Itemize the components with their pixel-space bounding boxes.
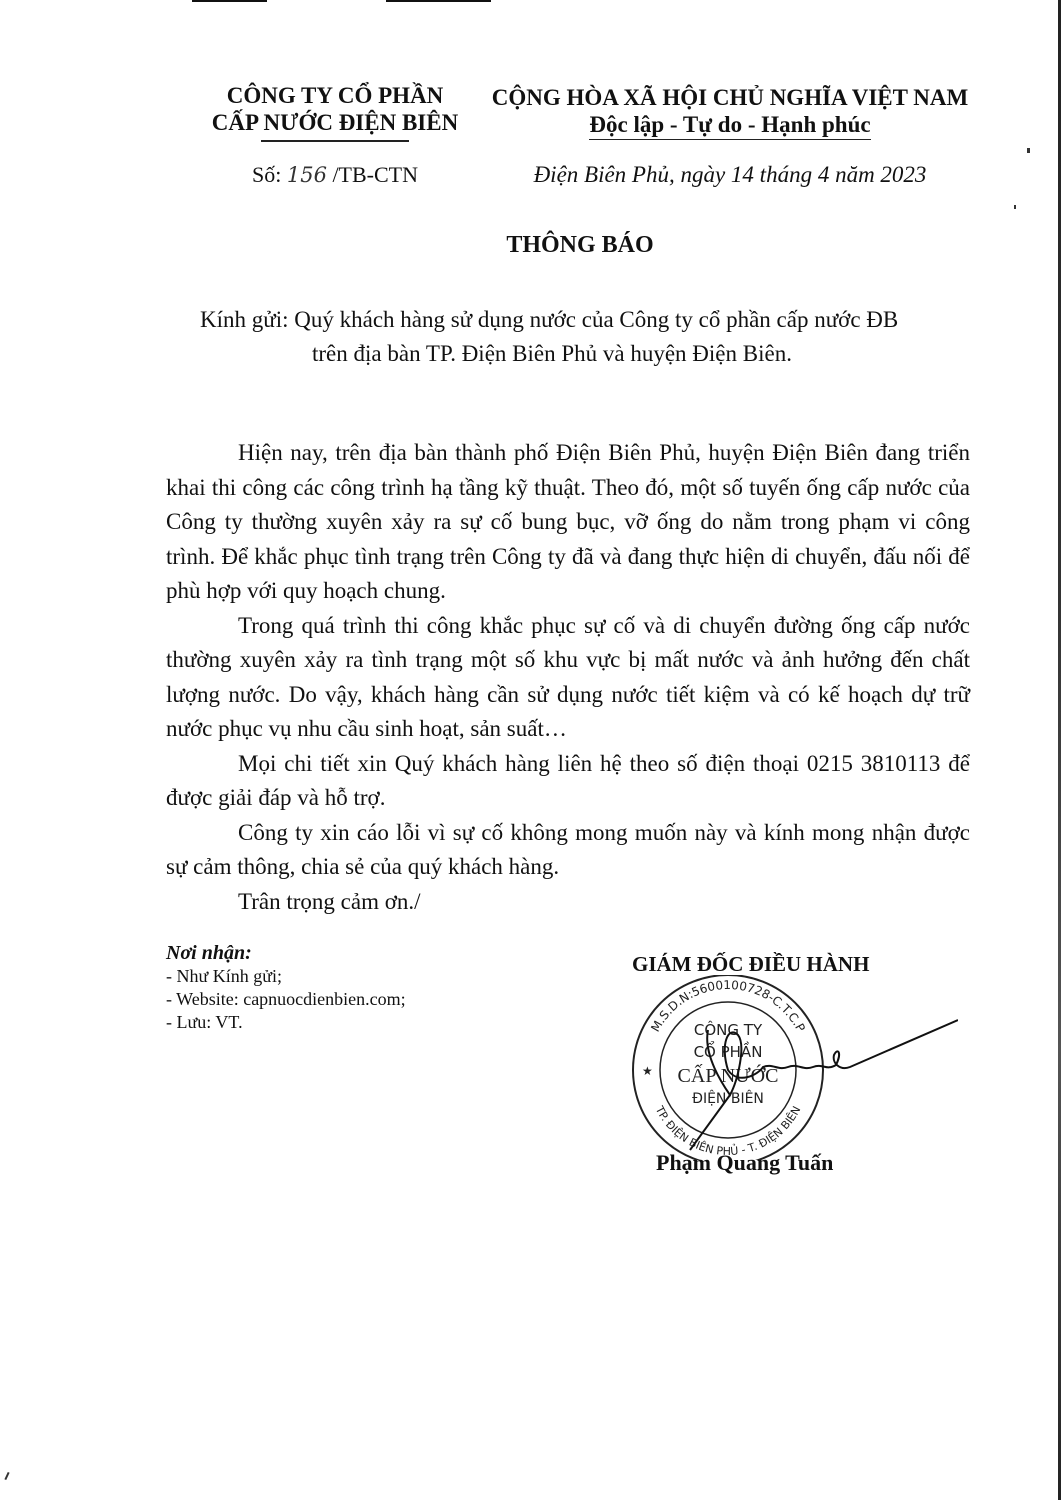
document-number: Số: 156 /TB-CTN <box>170 162 500 188</box>
signature-title: GIÁM ĐỐC ĐIỀU HÀNH <box>632 952 869 977</box>
scan-speck <box>1027 148 1030 153</box>
seal-and-signature-graphic: M.S.D.N:5600100728-C.T.C.P TP. ĐIỆN BIÊN… <box>628 975 958 1160</box>
recipients-item: - Website: capnuocdienbien.com; <box>166 988 496 1011</box>
body-paragraph: Hiện nay, trên địa bàn thành phố Điện Bi… <box>166 436 970 609</box>
document-number-handwritten: 156 <box>287 163 327 187</box>
scan-speck <box>1014 205 1016 209</box>
body-paragraph: Trân trọng cảm ơn./ <box>166 885 970 920</box>
national-header: CỘNG HÒA XÃ HỘI CHỦ NGHĨA VIỆT NAM Độc l… <box>480 84 980 188</box>
seal-inner-line: CỔ PHẦN <box>694 1040 763 1061</box>
scan-speck <box>4 1472 9 1480</box>
document-number-suffix: /TB-CTN <box>327 162 418 187</box>
recipients-item: - Lưu: VT. <box>166 1011 496 1034</box>
recipients-heading: Nơi nhận: <box>166 942 496 965</box>
company-name-line1: CÔNG TY CỔ PHẦN <box>170 82 500 109</box>
company-underline <box>261 140 409 142</box>
recipient-block: Kính gửi: Quý khách hàng sử dụng nước củ… <box>200 303 980 371</box>
scan-artifact-top-rule-right <box>386 0 491 2</box>
recipient-line2: trên địa bàn TP. Điện Biên Phủ và huyện … <box>200 337 980 371</box>
company-seal-stamp: M.S.D.N:5600100728-C.T.C.P TP. ĐIỆN BIÊN… <box>628 975 828 1155</box>
document-title: THÔNG BÁO <box>0 232 1063 259</box>
recipients-list: Nơi nhận: - Như Kính gửi; - Website: cap… <box>166 942 496 1034</box>
body-paragraph: Trong quá trình thi công khắc phục sự cố… <box>166 609 970 747</box>
company-name-line2: CẤP NƯỚC ĐIỆN BIÊN <box>170 109 500 136</box>
body-paragraph: Công ty xin cáo lỗi vì sự cố không mong … <box>166 816 970 885</box>
body-paragraph: Mọi chi tiết xin Quý khách hàng liên hệ … <box>166 747 970 816</box>
seal-star-icon: ★ <box>642 1064 653 1078</box>
recipient-line1: Kính gửi: Quý khách hàng sử dụng nước củ… <box>200 303 980 337</box>
national-title: CỘNG HÒA XÃ HỘI CHỦ NGHĨA VIỆT NAM <box>480 84 980 111</box>
scan-artifact-right-edge <box>1058 0 1061 1500</box>
national-motto: Độc lập - Tự do - Hạnh phúc <box>589 111 870 140</box>
document-number-prefix: Số: <box>252 162 287 187</box>
company-header: CÔNG TY CỔ PHẦN CẤP NƯỚC ĐIỆN BIÊN Số: 1… <box>170 82 500 188</box>
recipients-item: - Như Kính gửi; <box>166 965 496 988</box>
document-date: Điện Biên Phủ, ngày 14 tháng 4 năm 2023 <box>480 162 980 188</box>
signer-name: Phạm Quang Tuấn <box>656 1150 833 1176</box>
document-body: Hiện nay, trên địa bàn thành phố Điện Bi… <box>166 436 970 919</box>
scan-artifact-top-rule-left <box>192 0 267 2</box>
